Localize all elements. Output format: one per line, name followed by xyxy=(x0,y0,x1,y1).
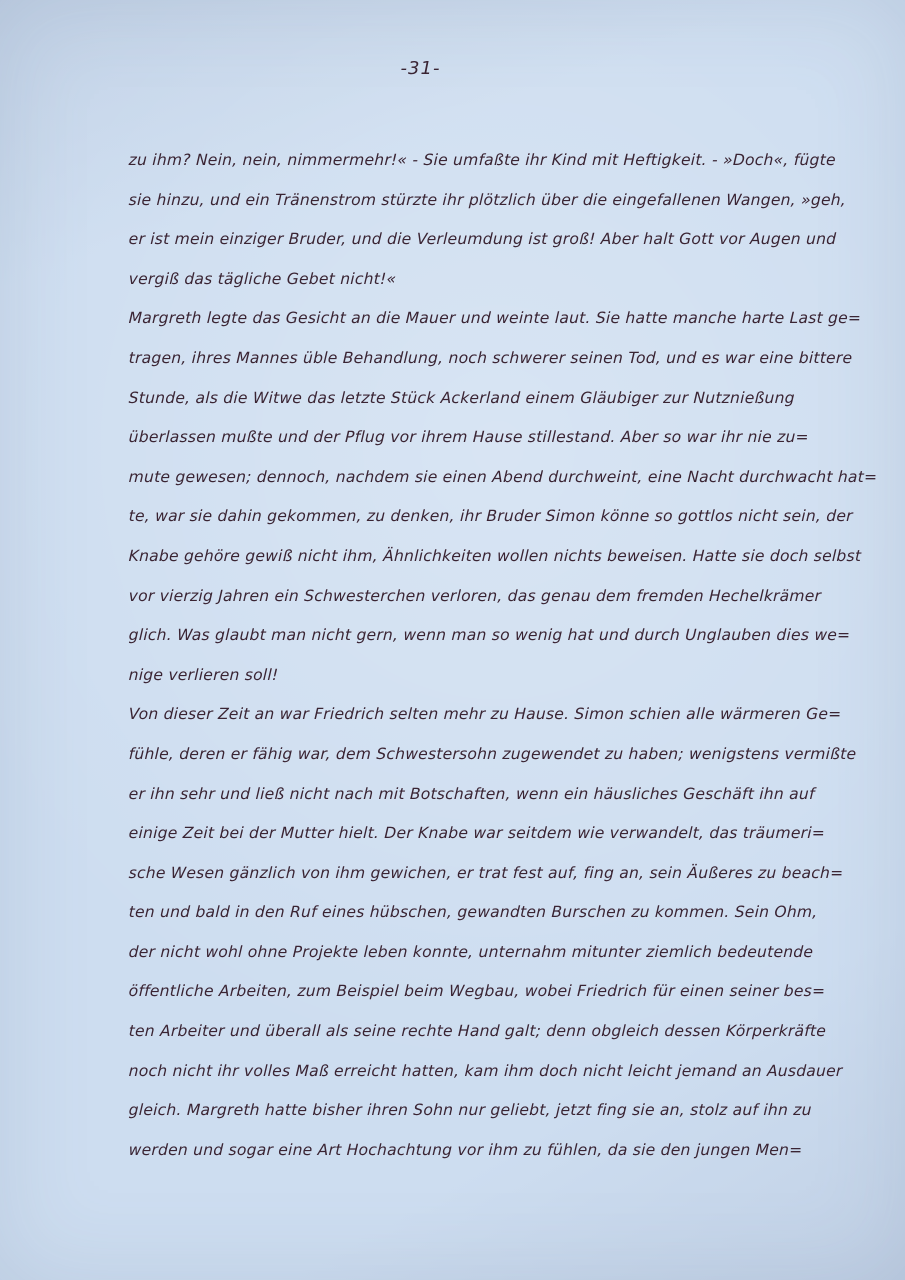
handwritten-line: vor vierzig Jahren ein Schwesterchen ver… xyxy=(128,577,809,617)
handwritten-line: vergiß das tägliche Gebet nicht!« xyxy=(128,260,809,300)
handwritten-line: öffentliche Arbeiten, zum Beispiel beim … xyxy=(128,972,809,1012)
handwritten-line: überlassen mußte und der Pflug vor ihrem… xyxy=(128,418,809,458)
handwritten-text-block: zu ihm? Nein, nein, nimmermehr!« - Sie u… xyxy=(128,141,808,1170)
handwritten-line: mute gewesen; dennoch, nachdem sie einen… xyxy=(128,458,809,498)
handwritten-line: er ihn sehr und ließ nicht nach mit Bots… xyxy=(128,775,809,815)
handwritten-line: Von dieser Zeit an war Friedrich selten … xyxy=(128,695,809,735)
handwritten-line: sie hinzu, und ein Tränenstrom stürzte i… xyxy=(128,181,809,221)
handwritten-line: ten und bald in den Ruf eines hübschen, … xyxy=(128,893,809,933)
handwritten-line: glich. Was glaubt man nicht gern, wenn m… xyxy=(128,616,809,656)
manuscript-page: -31- zu ihm? Nein, nein, nimmermehr!« - … xyxy=(0,0,905,1280)
handwritten-line: sche Wesen gänzlich von ihm gewichen, er… xyxy=(128,854,809,894)
page-number: -31- xyxy=(0,58,873,79)
handwritten-line: einige Zeit bei der Mutter hielt. Der Kn… xyxy=(128,814,809,854)
handwritten-line: er ist mein einziger Bruder, und die Ver… xyxy=(128,220,809,260)
handwritten-line: zu ihm? Nein, nein, nimmermehr!« - Sie u… xyxy=(128,141,809,181)
handwritten-line: werden und sogar eine Art Hochachtung vo… xyxy=(128,1131,809,1171)
handwritten-line: nige verlieren soll! xyxy=(128,656,809,696)
handwritten-line: fühle, deren er fähig war, dem Schwester… xyxy=(128,735,809,775)
handwritten-line: Stunde, als die Witwe das letzte Stück A… xyxy=(128,379,809,419)
handwritten-line: Margreth legte das Gesicht an die Mauer … xyxy=(128,299,809,339)
handwritten-line: ten Arbeiter und überall als seine recht… xyxy=(128,1012,809,1052)
handwritten-line: te, war sie dahin gekommen, zu denken, i… xyxy=(128,497,809,537)
handwritten-line: tragen, ihres Mannes üble Behandlung, no… xyxy=(128,339,809,379)
handwritten-line: der nicht wohl ohne Projekte leben konnt… xyxy=(128,933,809,973)
handwritten-line: Knabe gehöre gewiß nicht ihm, Ähnlichkei… xyxy=(128,537,809,577)
handwritten-line: noch nicht ihr volles Maß erreicht hatte… xyxy=(128,1052,809,1092)
handwritten-line: gleich. Margreth hatte bisher ihren Sohn… xyxy=(128,1091,809,1131)
